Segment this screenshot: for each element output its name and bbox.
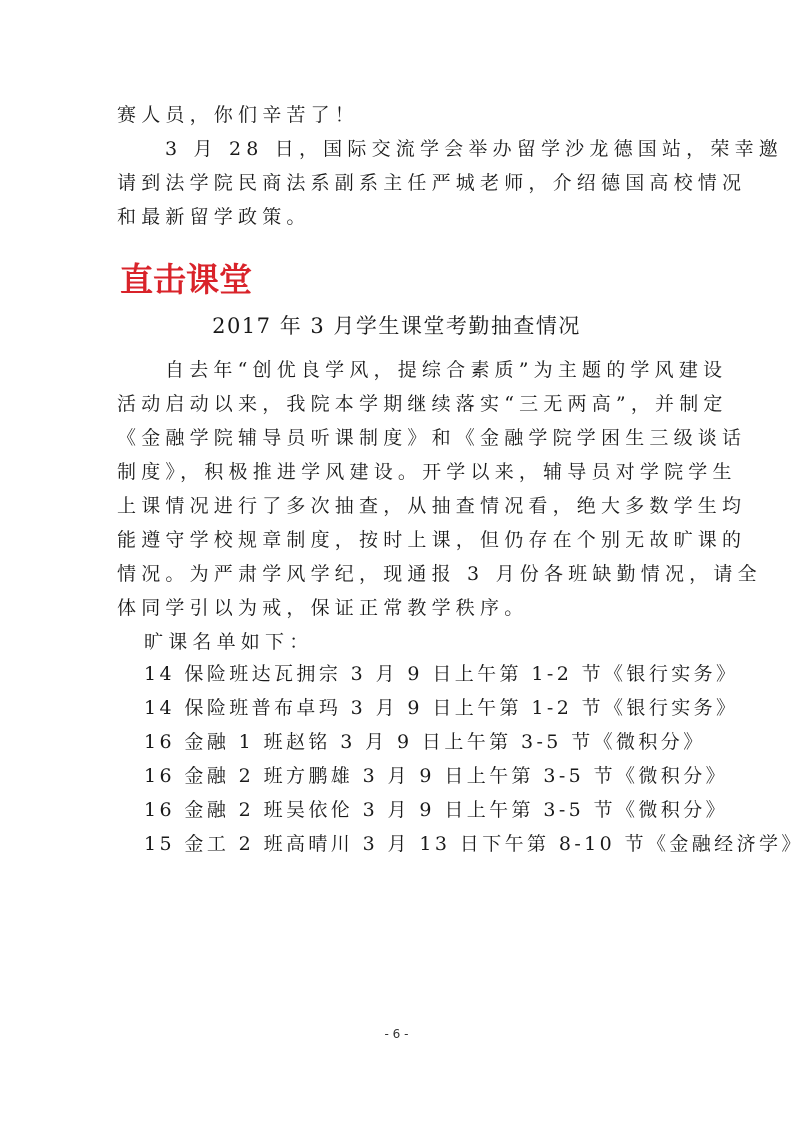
paragraph-line: 活动启动以来，我院本学期继续落实“三无两高”，并制定 [117, 387, 677, 421]
paragraph-line: 请到法学院民商法系副系主任严城老师，介绍德国高校情况 [117, 166, 677, 200]
paragraph-line: 自去年“创优良学风，提综合素质”为主题的学风建设 [117, 353, 677, 387]
paragraph-line: 和最新留学政策。 [117, 200, 677, 234]
list-item: 14 保险班达瓦拥宗 3 月 9 日上午第 1-2 节《银行实务》 [144, 657, 704, 691]
previous-section-text: 赛人员，你们辛苦了！ 3 月 28 日，国际交流学会举办留学沙龙德国站，荣幸邀 … [117, 98, 677, 234]
article-body: 自去年“创优良学风，提综合素质”为主题的学风建设 活动启动以来，我院本学期继续落… [117, 353, 677, 659]
page-number: - 6 - [0, 1027, 793, 1041]
paragraph-line: 体同学引以为戒，保证正常教学秩序。 [117, 591, 677, 625]
list-intro: 旷课名单如下： [117, 625, 677, 659]
paragraph-line: 能遵守学校规章制度，按时上课，但仍存在个别无故旷课的 [117, 523, 677, 557]
paragraph-line: 上课情况进行了多次抽查，从抽查情况看，绝大多数学生均 [117, 489, 677, 523]
paragraph-line: 赛人员，你们辛苦了！ [117, 98, 677, 132]
section-banner: 直击课堂 [120, 260, 252, 300]
list-item: 16 金融 2 班吴依伦 3 月 9 日上午第 3-5 节《微积分》 [144, 793, 704, 827]
paragraph-line: 《金融学院辅导员听课制度》和《金融学院学困生三级谈话 [117, 421, 677, 455]
document-page: 赛人员，你们辛苦了！ 3 月 28 日，国际交流学会举办留学沙龙德国站，荣幸邀 … [0, 0, 793, 1123]
list-item: 15 金工 2 班高晴川 3 月 13 日下午第 8-10 节《金融经济学》 [144, 827, 704, 861]
list-item: 16 金融 1 班赵铭 3 月 9 日上午第 3-5 节《微积分》 [144, 725, 704, 759]
list-item: 16 金融 2 班方鹏雄 3 月 9 日上午第 3-5 节《微积分》 [144, 759, 704, 793]
paragraph-line: 3 月 28 日，国际交流学会举办留学沙龙德国站，荣幸邀 [117, 132, 677, 166]
absentee-list: 14 保险班达瓦拥宗 3 月 9 日上午第 1-2 节《银行实务》 14 保险班… [144, 657, 704, 861]
article-title: 2017 年 3 月学生课堂考勤抽查情况 [0, 308, 793, 344]
paragraph-line: 制度》，积极推进学风建设。开学以来，辅导员对学院学生 [117, 455, 677, 489]
paragraph-line: 情况。为严肃学风学纪，现通报 3 月份各班缺勤情况，请全 [117, 557, 677, 591]
list-item: 14 保险班普布卓玛 3 月 9 日上午第 1-2 节《银行实务》 [144, 691, 704, 725]
